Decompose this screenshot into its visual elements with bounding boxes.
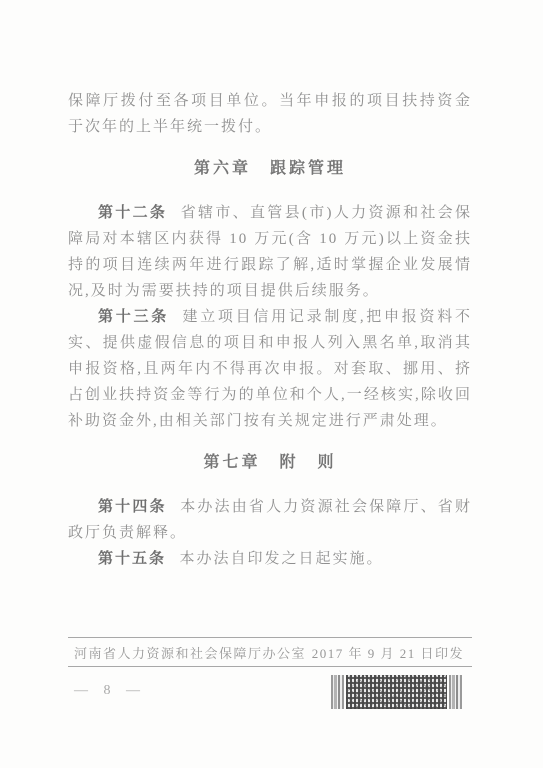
colophon-bar: 河南省人力资源和社会保障厅办公室 2017 年 9 月 21 日印发	[68, 637, 472, 667]
barcode-icon	[331, 675, 462, 709]
print-date-label: 2017 年 9 月 21 日印发	[312, 643, 464, 662]
chapter-7-heading: 第七章 附 则	[68, 452, 472, 474]
article-13-label: 第十三条	[98, 309, 169, 325]
barcode-data-region	[346, 675, 447, 709]
barcode-right-guard	[449, 675, 462, 709]
barcode-left-guard	[331, 675, 344, 709]
article-15-text: 本办法自印发之日起实施。	[180, 551, 384, 567]
article-15: 第十五条本办法自印发之日起实施。	[68, 546, 472, 572]
chapter-6-heading: 第六章 跟踪管理	[68, 158, 472, 180]
article-14-label: 第十四条	[98, 499, 167, 515]
page-number: — 8 —	[74, 683, 146, 699]
issuing-office-label: 河南省人力资源和社会保障厅办公室	[74, 643, 306, 662]
article-14: 第十四条本办法由省人力资源社会保障厅、省财政厅负责解释。	[68, 494, 472, 546]
paragraph-continuation: 保障厅拨付至各项目单位。当年申报的项目扶持资金于次年的上半年统一拨付。	[68, 88, 472, 140]
article-12: 第十二条省辖市、直管县(市)人力资源和社会保障局对本辖区内获得 10 万元(含 …	[68, 200, 472, 304]
article-12-label: 第十二条	[98, 205, 167, 221]
article-13-text: 建立项目信用记录制度,把申报资料不实、提供虚假信息的项目和申报人列入黑名单,取消…	[68, 309, 472, 429]
document-body: 保障厅拨付至各项目单位。当年申报的项目扶持资金于次年的上半年统一拨付。 第六章 …	[68, 88, 472, 572]
article-13: 第十三条建立项目信用记录制度,把申报资料不实、提供虚假信息的项目和申报人列入黑名…	[68, 304, 472, 434]
article-15-label: 第十五条	[98, 551, 166, 567]
scanned-document-page: 保障厅拨付至各项目单位。当年申报的项目扶持资金于次年的上半年统一拨付。 第六章 …	[0, 0, 543, 768]
